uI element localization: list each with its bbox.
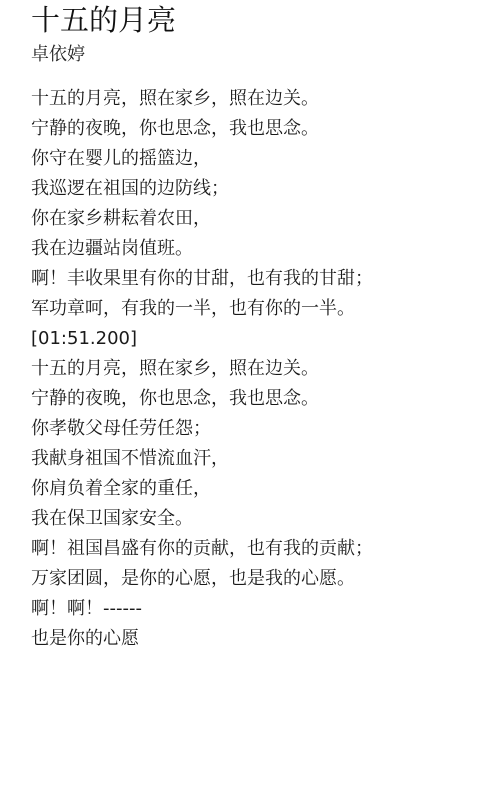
lyric-line: 你在家乡耕耘着农田， xyxy=(31,204,500,234)
lyric-line: 我巡逻在祖国的边防线； xyxy=(31,174,500,204)
lyric-line: 我在保卫国家安全。 xyxy=(31,504,500,534)
lyric-timestamp: [01:51.200] xyxy=(31,324,500,354)
lyric-line: 十五的月亮，照在家乡，照在边关。 xyxy=(31,84,500,114)
lyric-line: 宁静的夜晚，你也思念，我也思念。 xyxy=(31,384,500,414)
lyric-line: 也是你的心愿 xyxy=(31,624,500,654)
lyric-line: 军功章呵，有我的一半，也有你的一半。 xyxy=(31,294,500,324)
song-artist: 卓依婷 xyxy=(31,43,500,67)
lyric-line: 万家团圆，是你的心愿，也是我的心愿。 xyxy=(31,564,500,594)
lyric-line: 啊！丰收果里有你的甘甜，也有我的甘甜； xyxy=(31,264,500,294)
lyric-line: 十五的月亮，照在家乡，照在边关。 xyxy=(31,354,500,384)
lyric-line: 啊！啊！------ xyxy=(31,594,500,624)
lyric-line: 你孝敬父母任劳任怨； xyxy=(31,414,500,444)
lyric-line: 啊！祖国昌盛有你的贡献，也有我的贡献； xyxy=(31,534,500,564)
lyric-line: 我在边疆站岗值班。 xyxy=(31,234,500,264)
song-title: 十五的月亮 xyxy=(31,2,500,38)
lyric-line: 我献身祖国不惜流血汗， xyxy=(31,444,500,474)
lyric-line: 宁静的夜晚，你也思念，我也思念。 xyxy=(31,114,500,144)
lyrics-body: 十五的月亮，照在家乡，照在边关。 宁静的夜晚，你也思念，我也思念。 你守在婴儿的… xyxy=(31,84,500,654)
lyrics-page: 十五的月亮 卓依婷 十五的月亮，照在家乡，照在边关。 宁静的夜晚，你也思念，我也… xyxy=(31,0,500,654)
lyric-line: 你肩负着全家的重任， xyxy=(31,474,500,504)
lyric-line: 你守在婴儿的摇篮边， xyxy=(31,144,500,174)
